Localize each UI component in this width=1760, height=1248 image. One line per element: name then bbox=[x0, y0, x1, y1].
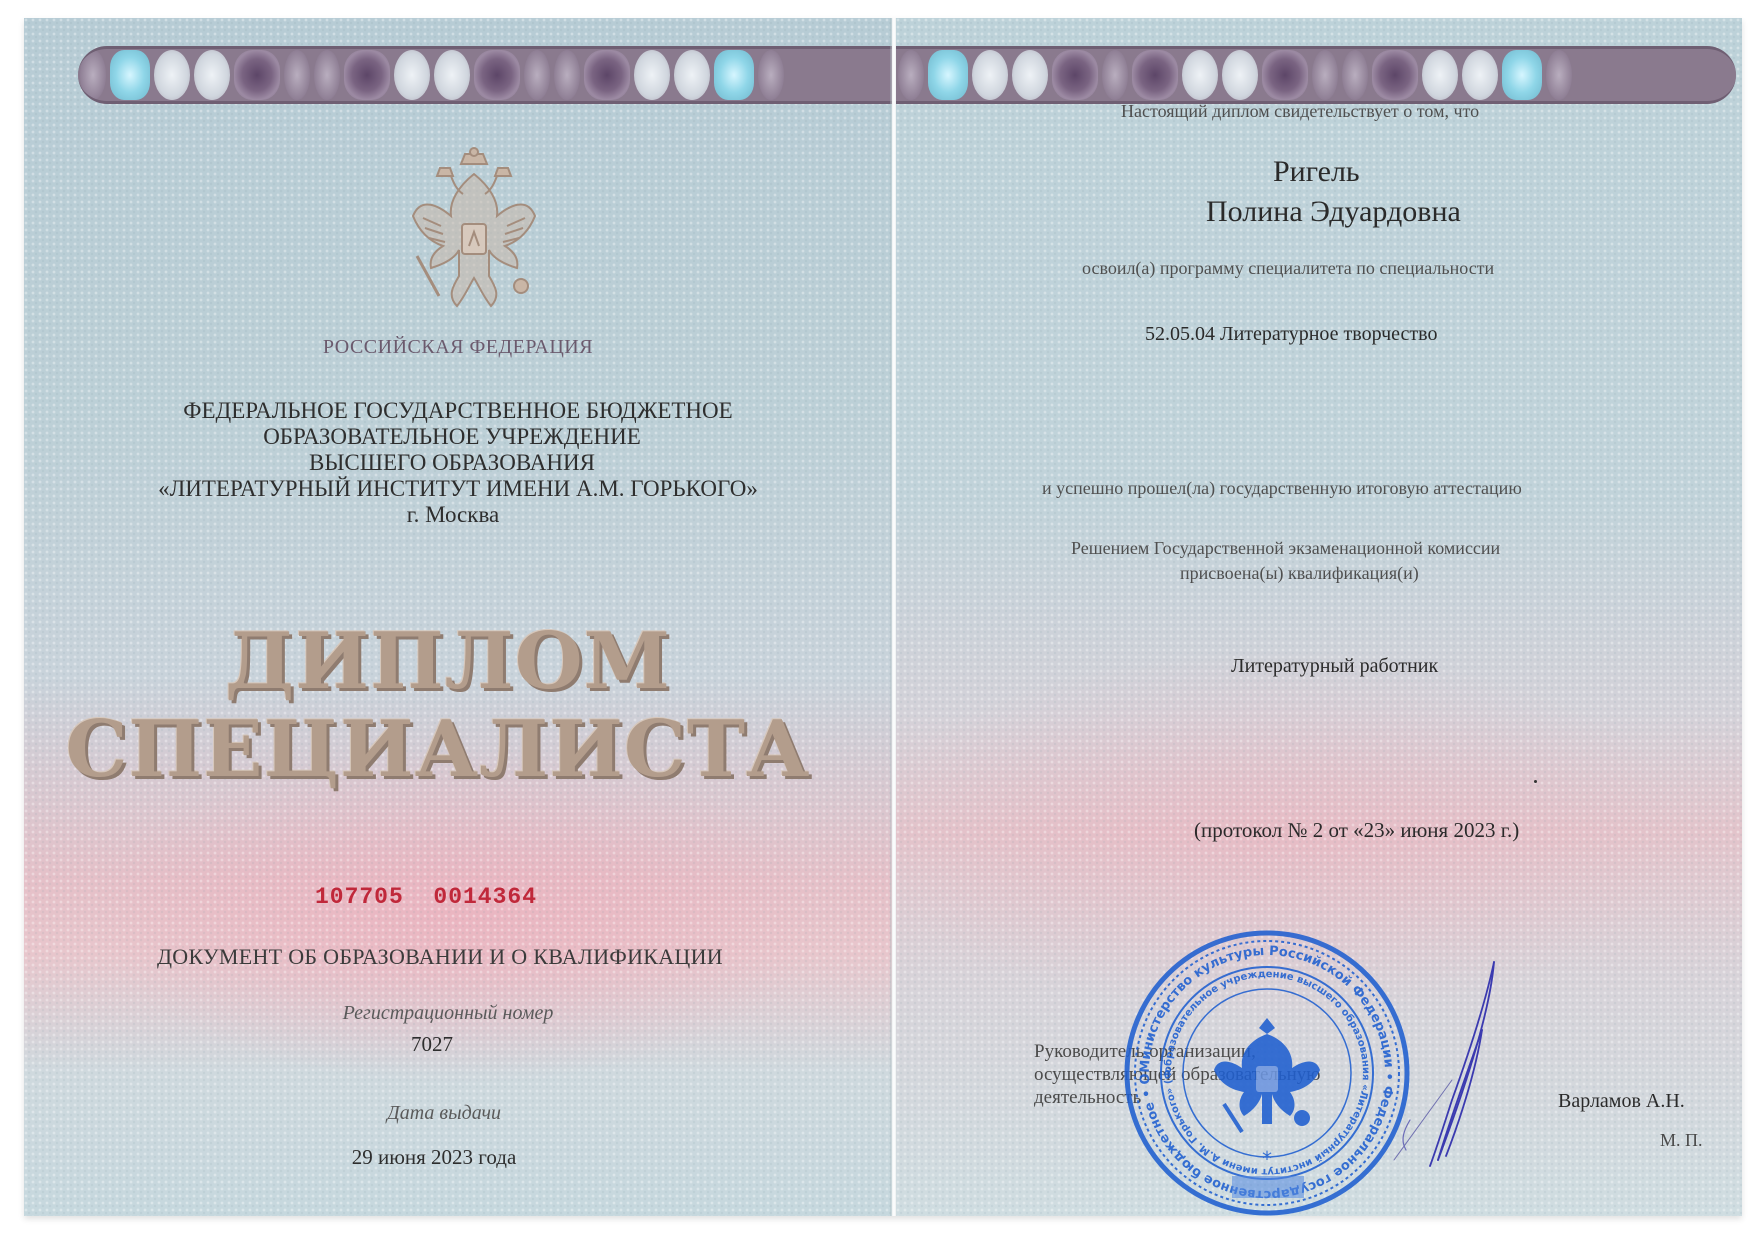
band-ornament bbox=[1012, 50, 1048, 100]
band-ornament bbox=[1262, 50, 1308, 100]
institution-line: ФЕДЕРАЛЬНОЕ ГОСУДАРСТВЕННОЕ БЮДЖЕТНОЕ bbox=[24, 398, 892, 424]
band-ornament bbox=[154, 50, 190, 100]
band-ornament bbox=[1102, 50, 1128, 100]
band-ornament bbox=[474, 50, 520, 100]
institution-city: г. Москва bbox=[24, 502, 892, 528]
intro-text: Настоящий диплом свидетельствует о том, … bbox=[1121, 101, 1479, 122]
band-ornament bbox=[1312, 50, 1338, 100]
specialty: 52.05.04 Литературное творчество bbox=[1145, 323, 1437, 346]
program-text: освоил(а) программу специалитета по спец… bbox=[1082, 258, 1494, 279]
country-label: РОССИЙСКАЯ ФЕДЕРАЦИЯ bbox=[24, 336, 892, 359]
band-ornament bbox=[1222, 50, 1258, 100]
seal-place-mark: М. П. bbox=[1660, 1130, 1703, 1151]
handwritten-signature-icon bbox=[1390, 960, 1520, 1170]
qualification: Литературный работник bbox=[1231, 655, 1438, 678]
diploma-title: ДИПЛОМ bbox=[24, 616, 882, 707]
band-ornament bbox=[1132, 50, 1178, 100]
band-ornament bbox=[554, 50, 580, 100]
band-ornament bbox=[1546, 50, 1572, 100]
institution-line: ВЫСШЕГО ОБРАЗОВАНИЯ bbox=[24, 450, 892, 476]
attestation-text: и успешно прошел(ла) государственную ито… bbox=[1042, 478, 1522, 499]
commission-decision-text: Решением Государственной экзаменационной… bbox=[1071, 538, 1500, 559]
band-ornament bbox=[434, 50, 470, 100]
svg-text:*: * bbox=[1262, 1147, 1272, 1171]
band-ornament bbox=[584, 50, 630, 100]
institution-line: «ЛИТЕРАТУРНЫЙ ИНСТИТУТ ИМЕНИ А.М. ГОРЬКО… bbox=[24, 476, 892, 502]
registration-number-label: Регистрационный номер bbox=[24, 1002, 882, 1025]
band-ornament bbox=[314, 50, 340, 100]
serial-number: 107705 0014364 bbox=[24, 884, 860, 910]
graduate-given-names: Полина Эдуардовна bbox=[1206, 195, 1461, 229]
protocol-reference: (протокол № 2 от «23» июня 2023 г.) bbox=[1194, 818, 1519, 843]
institution-line: ОБРАЗОВАТЕЛЬНОЕ УЧРЕЖДЕНИЕ bbox=[24, 424, 892, 450]
registration-number: 7027 bbox=[24, 1032, 866, 1057]
band-ornament bbox=[972, 50, 1008, 100]
band-ornament bbox=[1462, 50, 1498, 100]
diploma-cover-page: РОССИЙСКАЯ ФЕДЕРАЦИЯ ФЕДЕРАЛЬНОЕ ГОСУДАР… bbox=[24, 18, 892, 1216]
ornamental-border-band bbox=[78, 46, 892, 104]
band-ornament bbox=[284, 50, 310, 100]
russian-coat-of-arms-icon bbox=[409, 146, 539, 326]
qualification-awarded-text: присвоена(ы) квалификация(и) bbox=[1180, 563, 1419, 584]
band-ornament bbox=[714, 50, 754, 100]
band-ornament bbox=[524, 50, 550, 100]
band-ornament bbox=[674, 50, 710, 100]
document-type: ДОКУМЕНТ ОБ ОБРАЗОВАНИИ И О КВАЛИФИКАЦИИ bbox=[24, 944, 874, 970]
band-ornament bbox=[1422, 50, 1458, 100]
band-ornament bbox=[1182, 50, 1218, 100]
band-ornament bbox=[758, 50, 784, 100]
band-ornament bbox=[194, 50, 230, 100]
ink-dot bbox=[1534, 780, 1537, 783]
band-ornament bbox=[80, 50, 106, 100]
band-ornament bbox=[898, 50, 924, 100]
ornamental-border-band bbox=[896, 46, 1736, 104]
graduate-surname: Ригель bbox=[1273, 155, 1360, 189]
band-ornament bbox=[1342, 50, 1368, 100]
band-ornament bbox=[344, 50, 390, 100]
institution-name: ФЕДЕРАЛЬНОЕ ГОСУДАРСТВЕННОЕ БЮДЖЕТНОЕ ОБ… bbox=[24, 398, 892, 528]
issue-date-label: Дата выдачи bbox=[24, 1102, 878, 1125]
diploma-subtitle: СПЕЦИАЛИСТА bbox=[24, 704, 872, 795]
official-seal-icon: Министерство культуры Российской Федерац… bbox=[1122, 928, 1412, 1218]
signer-name: Варламов А.Н. bbox=[1558, 1090, 1685, 1113]
band-ornament bbox=[1372, 50, 1418, 100]
band-ornament bbox=[928, 50, 968, 100]
band-ornament bbox=[634, 50, 670, 100]
issue-date: 29 июня 2023 года bbox=[24, 1145, 868, 1170]
band-ornament bbox=[1502, 50, 1542, 100]
band-ornament bbox=[110, 50, 150, 100]
band-ornament bbox=[234, 50, 280, 100]
band-ornament bbox=[1052, 50, 1098, 100]
band-ornament bbox=[394, 50, 430, 100]
